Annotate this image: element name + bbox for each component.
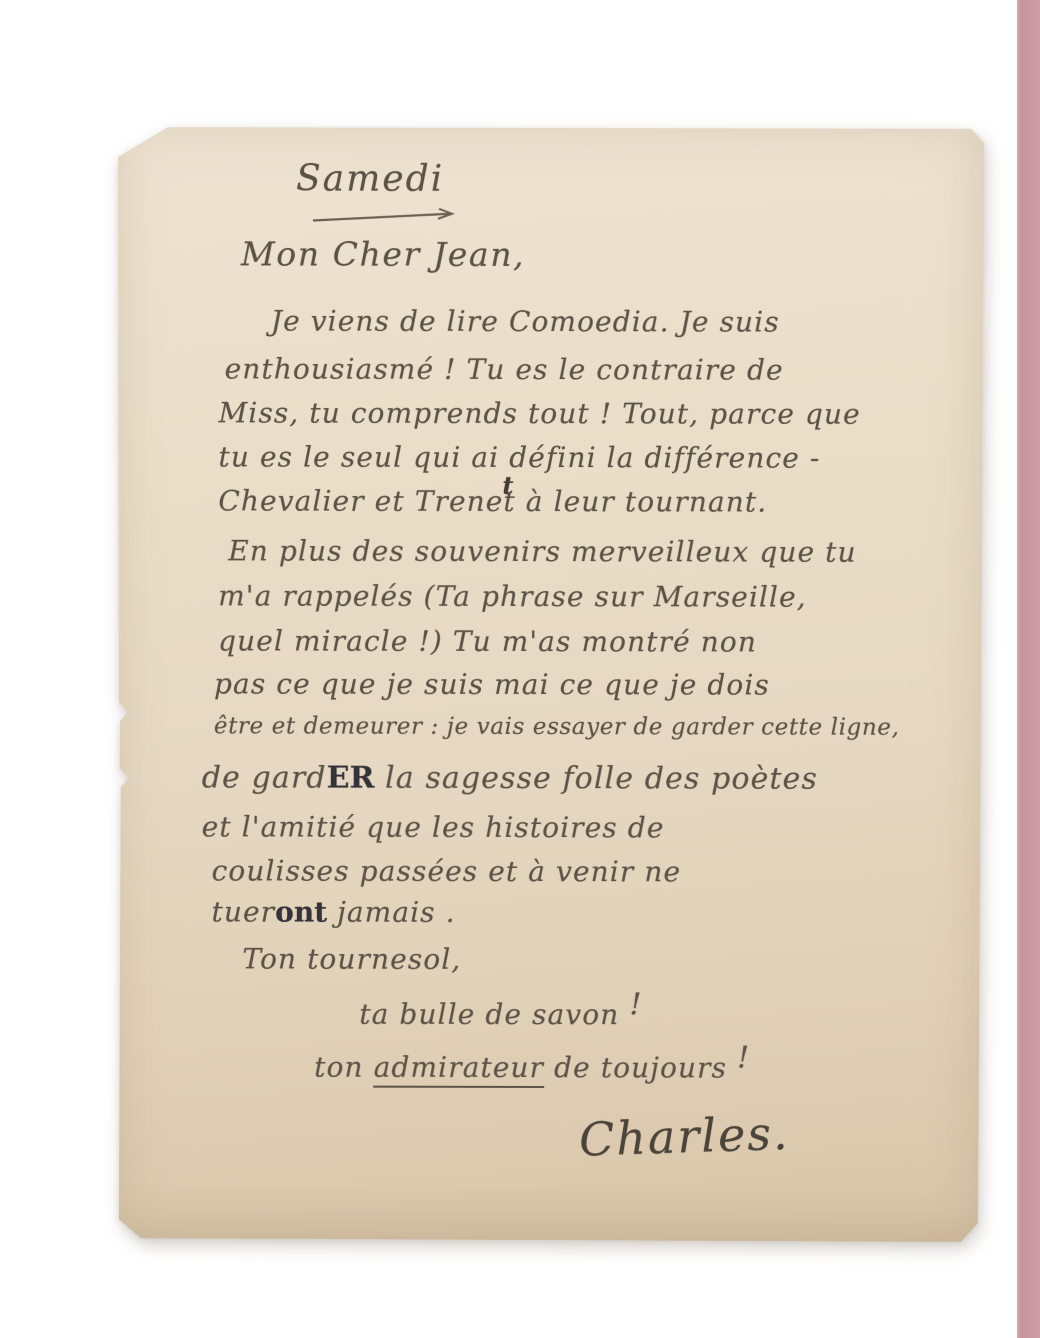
- body-line: coulisses passées et à venir ne: [212, 857, 682, 886]
- body-line-with-correction: tueront jamais .: [211, 898, 455, 927]
- overwritten-letters: ER: [327, 761, 375, 796]
- body-line-text: la sagesse folle des poètes: [374, 761, 818, 797]
- body-line: être et demeurer : je vais essayer de ga…: [214, 715, 900, 739]
- closing-line-admirateur: ton admirateur de toujours !: [314, 1053, 750, 1084]
- body-line-text: jamais .: [327, 896, 456, 929]
- closing-line-text: ton: [314, 1051, 374, 1084]
- exclamation-mark: !: [629, 987, 642, 1022]
- body-line: Miss, tu comprends tout ! Tout, parce qu…: [219, 399, 861, 428]
- body-line: quel miracle !) Tu m'as montré non: [218, 627, 757, 656]
- body-line-text: de gard: [202, 760, 327, 795]
- body-line-with-insertion: tu es le seul qui ai défini la différenc…: [218, 443, 820, 472]
- body-line: m'a rappelés (Ta phrase sur Marseille,: [218, 582, 807, 611]
- underline-stroke: [311, 208, 471, 224]
- closing-line-text: de toujours: [544, 1051, 737, 1084]
- overwritten-letters: ont: [275, 895, 327, 928]
- body-line-text: défini la différence -: [499, 441, 820, 475]
- body-line: Chevalier et Trenet à leur tournant.: [218, 487, 767, 516]
- body-line: Je viens de lire Comoedia. Je suis: [271, 307, 780, 336]
- body-line-text: tu es le seul qui ai: [218, 440, 499, 474]
- body-line-with-correction: de gardER la sagesse folle des poètes: [202, 763, 818, 794]
- body-line: et l'amitié que les histoires de: [202, 813, 665, 842]
- underlined-word: admirateur: [374, 1051, 545, 1088]
- body-line: En plus des souvenirs merveilleux que tu: [228, 537, 856, 566]
- body-line: pas ce que je suis mai ce que je dois: [214, 670, 770, 699]
- closing-line-text: ta bulle de savon: [359, 998, 629, 1032]
- closing-line-bulle: ta bulle de savon !: [359, 1000, 642, 1031]
- pink-stripe: [1017, 0, 1040, 1338]
- body-line: enthousiasmé ! Tu es le contraire de: [225, 355, 784, 384]
- letter-photo: Samedi Mon Cher Jean, Je viens de lire C…: [111, 127, 984, 1243]
- exclamation-mark: !: [737, 1040, 750, 1075]
- closing-line-tournesol: Ton tournesol,: [242, 945, 461, 973]
- signature: Charles.: [578, 1110, 790, 1163]
- letter-paper: Samedi Mon Cher Jean, Je viens de lire C…: [111, 127, 984, 1243]
- salutation: Mon Cher Jean,: [241, 237, 525, 271]
- date-heading: Samedi: [296, 161, 444, 197]
- body-line-text: tuer: [211, 895, 275, 928]
